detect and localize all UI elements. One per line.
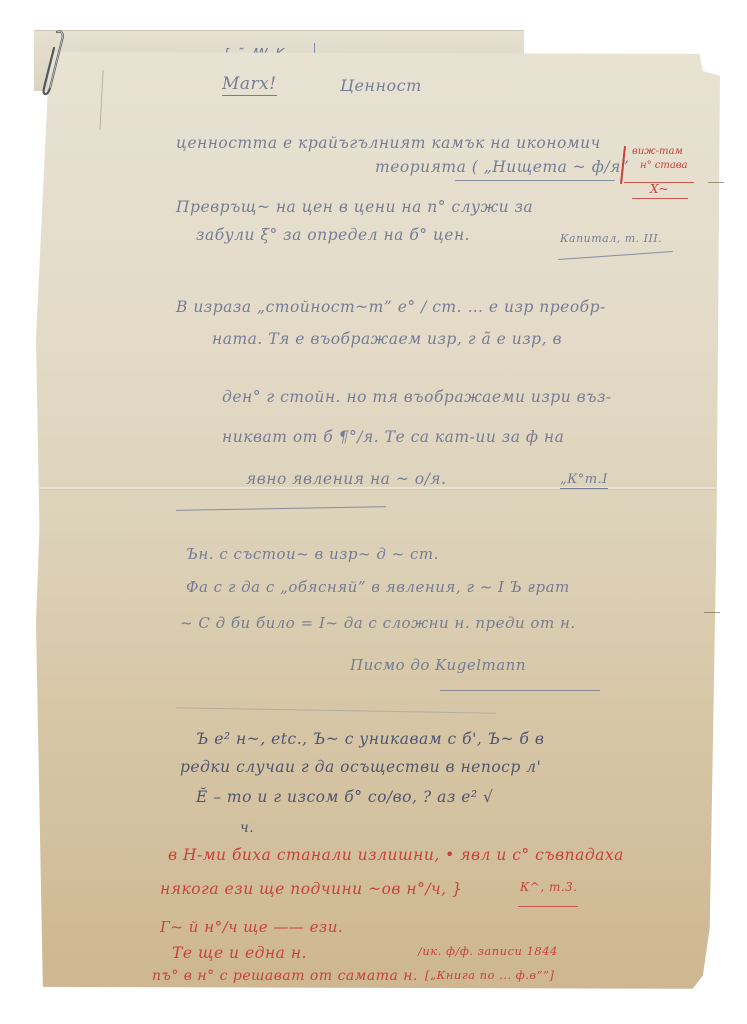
text-line: Г~ й н°/ч ще —— ези.: [160, 918, 343, 936]
text-line: теорията ( „Нищета ~ ф/я”: [375, 158, 629, 176]
underline: [518, 906, 578, 907]
text-line: забули ξ° за определ на б° цен.: [196, 226, 470, 244]
text-line: пъ° в н° с решават от самата н.: [152, 968, 418, 984]
side-note: н° става: [640, 160, 688, 171]
text-line: в Н-ми биха станали излишни, • явл и с° …: [168, 846, 624, 864]
author-heading: Marx!: [222, 74, 277, 96]
text-line: Те ще и една н.: [172, 944, 307, 962]
text-line: ч.: [240, 820, 254, 836]
text-line: явно явления на ~ о/я.: [246, 470, 447, 488]
text-line: В израза „стойност~т” е° / ст. … е изр п…: [176, 298, 606, 316]
citation: /ик. ф/ф. записи 1844: [418, 944, 558, 958]
text-line: Ĕ – то и г изсом б° со/во, ? аз е² √: [196, 788, 493, 806]
side-note-rule: [632, 198, 688, 199]
citation: „К°т.I: [560, 472, 608, 489]
citation: К^, т.3.: [520, 880, 578, 894]
text-line: ната. Тя е въображаем изр, г ã е изр, в: [212, 330, 562, 348]
citation: Писмо до Kugelmann: [350, 656, 526, 674]
topic-heading: Ценност: [340, 76, 422, 95]
text-line: ценността е крайъгълният камък на иконом…: [176, 134, 601, 152]
text-line: ден° г стойн. но тя въображаеми изри въз…: [222, 388, 612, 406]
text-line: Превръщ~ на цен в цени на п° служи за: [176, 198, 533, 216]
text-line: Ъ е² н~, etc., Ъ~ с уникавам с б', Ъ~ б …: [196, 730, 544, 748]
text-line: редки случаи г да осъществи в непоср л': [180, 758, 541, 776]
side-note: виж-там: [632, 146, 683, 157]
side-note: X~: [650, 184, 669, 195]
citation: Капитал, т. III.: [560, 232, 662, 245]
text-line: някога ези ще подчини ~ов н°/ч, }: [160, 880, 462, 898]
underline: [440, 690, 600, 691]
text-line: ~ С д би било = I~ да с сложни н. преди …: [180, 614, 576, 632]
text-line: никват от б ¶°/я. Те са кат-ии за ф на: [222, 428, 564, 446]
citation: [„Книга по ... ф.в””]: [425, 968, 554, 982]
edge-mark: [704, 612, 720, 613]
underline: [455, 180, 615, 181]
text-line: Фа с г да с „обясняй” в явления, г ~ I Ъ…: [186, 578, 570, 596]
edge-mark: [708, 182, 724, 183]
text-line: Ън. с състои~ в изр~ д ~ ст.: [186, 545, 439, 563]
paperclip-icon: [40, 28, 66, 108]
margin-line: [99, 70, 103, 130]
